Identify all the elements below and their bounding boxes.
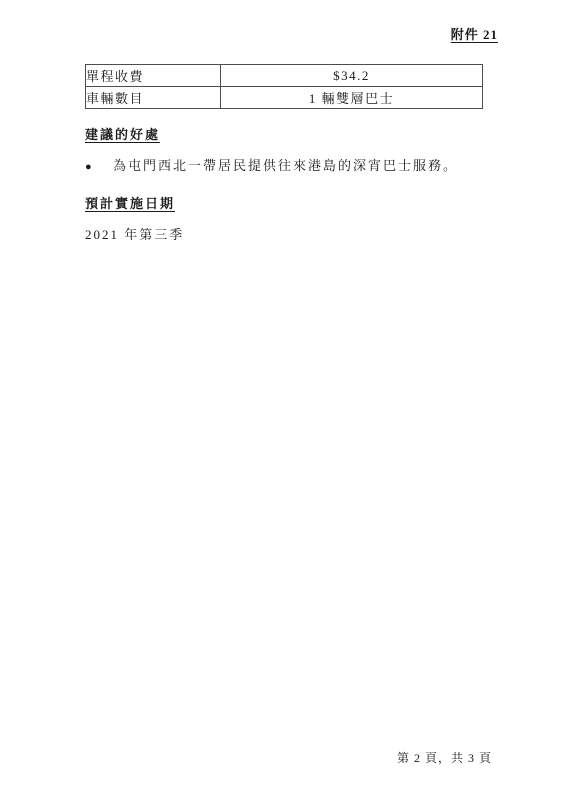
page-number: 第 2 頁，共 3 頁 xyxy=(397,749,492,766)
fare-label-cell: 單程收費 xyxy=(86,65,221,87)
fare-value-cell: $34.2 xyxy=(221,65,483,87)
bullet-icon: ● xyxy=(85,161,113,173)
document-page: 附件 21 單程收費 $34.2 車輛數目 1 輛雙層巴士 建議的好處 ● 為屯… xyxy=(0,0,566,800)
vehicles-label-cell: 車輛數目 xyxy=(86,87,221,109)
bullet-text: 為屯門西北一帶居民提供往來港島的深宵巴士服務。 xyxy=(113,155,458,174)
table-row-fare: 單程收費 $34.2 xyxy=(86,65,483,87)
annex-label: 附件 21 xyxy=(451,24,498,43)
vehicles-value-cell: 1 輛雙層巴士 xyxy=(221,87,483,109)
section-heading-benefits: 建議的好處 xyxy=(85,124,160,143)
fare-table: 單程收費 $34.2 車輛數目 1 輛雙層巴士 xyxy=(85,64,483,109)
bullet-item: ● 為屯門西北一帶居民提供往來港島的深宵巴士服務。 xyxy=(85,155,458,174)
fare-table-body: 單程收費 $34.2 車輛數目 1 輛雙層巴士 xyxy=(86,65,483,109)
section-heading-implementation-date: 預計實施日期 xyxy=(85,193,175,212)
implementation-date-text: 2021 年第三季 xyxy=(85,224,184,243)
table-row-vehicles: 車輛數目 1 輛雙層巴士 xyxy=(86,87,483,109)
